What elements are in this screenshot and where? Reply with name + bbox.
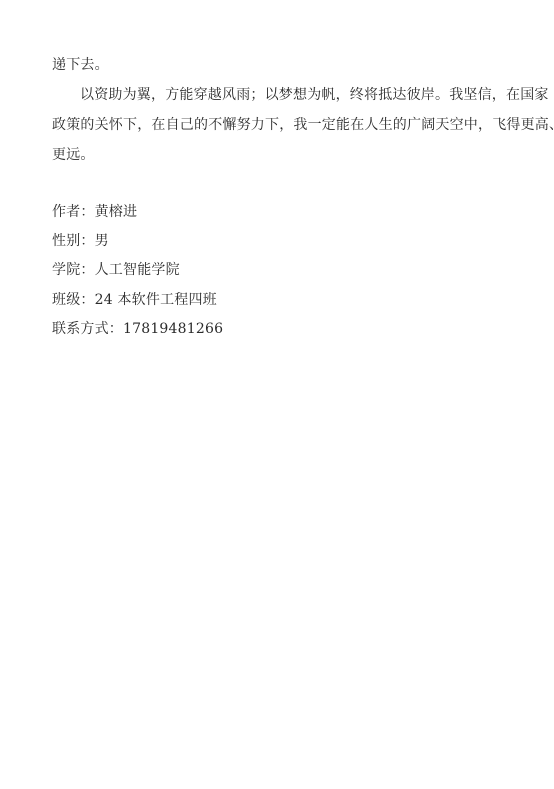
paragraph-line: 递下去。 [52,56,504,74]
document-page: 递下去。 以资助为翼，方能穿越风雨；以梦想为帆，终将抵达彼岸。我坚信，在国家 政… [0,0,554,789]
contact-row: 联系方式：17819481266 [52,320,504,338]
paragraph-line: 以资助为翼，方能穿越风雨；以梦想为帆，终将抵达彼岸。我坚信，在国家 [80,86,504,104]
gender-row: 性别：男 [52,232,504,250]
paragraph-line: 政策的关怀下，在自己的不懈努力下，我一定能在人生的广阔天空中，飞得更高、 [52,116,504,134]
college-label: 学院： [52,262,95,278]
class-row: 班级：24 本软件工程四班 [52,291,504,309]
college-value: 人工智能学院 [95,262,180,278]
college-row: 学院：人工智能学院 [52,261,504,279]
paragraph-line: 更远。 [52,146,504,164]
contact-label: 联系方式： [52,321,123,337]
gender-value: 男 [95,233,109,249]
author-value: 黄榕进 [95,204,138,220]
class-value: 24 本软件工程四班 [95,292,217,308]
author-name-row: 作者：黄榕进 [52,203,504,221]
class-label: 班级： [52,292,95,308]
author-label: 作者： [52,204,95,220]
gender-label: 性别： [52,233,95,249]
contact-value: 17819481266 [123,321,223,337]
